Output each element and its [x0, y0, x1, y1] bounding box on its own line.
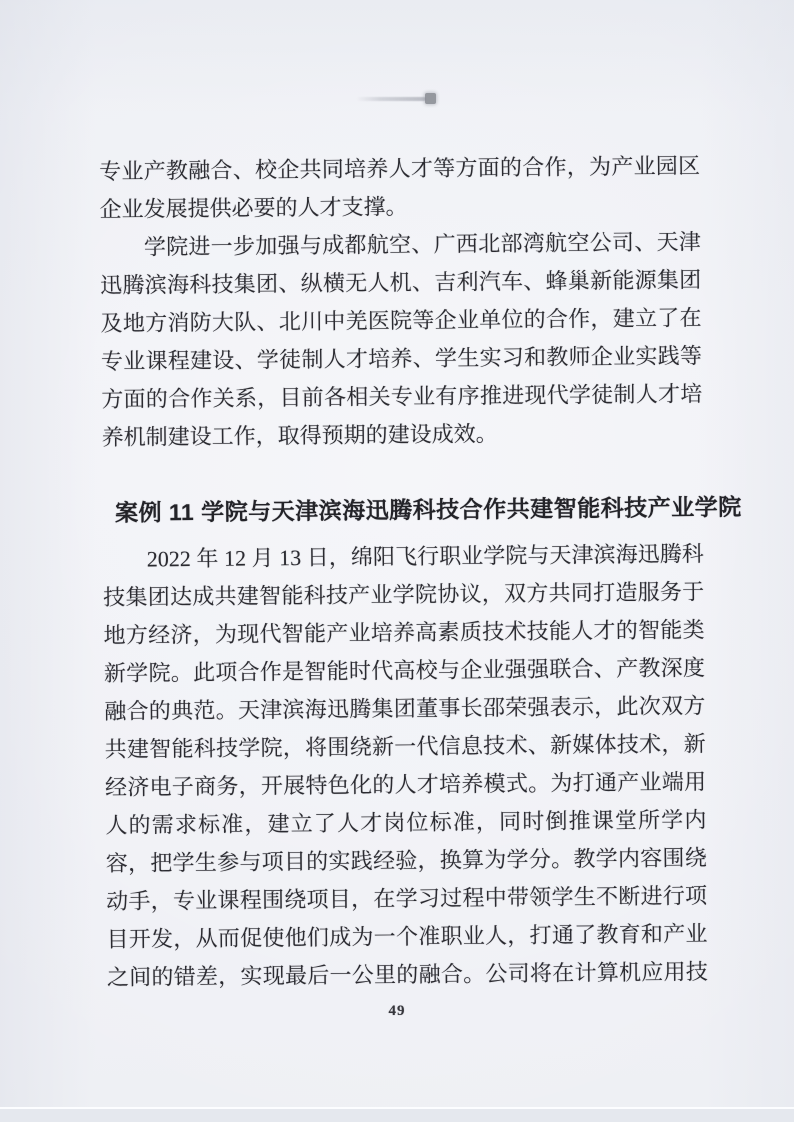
- text-line: 融合的典范。天津滨海迅腾集团董事长邵荣强表示，此次双方: [104, 687, 705, 731]
- text-line: 及地方消防大队、北川中羌医院等企业单位的合作，建立了在: [100, 299, 701, 343]
- text-line: 技集团达成共建智能科技产业学院协议，双方共同打造服务于: [103, 573, 704, 617]
- text-line: 2022 年 12 月 13 日，绵阳飞行职业学院与天津滨海迅腾科: [103, 535, 704, 579]
- text-line: 动手，专业课程围绕项目，在学习过程中带领学生不断进行项: [106, 877, 707, 921]
- text-line: 地方经济，为现代智能产业培养高素质技术技能人才的智能类: [103, 611, 704, 655]
- text-line: 共建智能科技学院，将围绕新一代信息技术、新媒体技术，新: [105, 725, 706, 769]
- smudge-streak: [356, 97, 426, 101]
- text-line: 专业产教融合、校企共同培养人才等方面的合作，为产业园区: [99, 147, 700, 191]
- paragraph: 2022 年 12 月 13 日，绵阳飞行职业学院与天津滨海迅腾科技集团达成共建…: [103, 535, 708, 997]
- text-line: 学院进一步加强与成都航空、广西北部湾航空公司、天津: [100, 223, 701, 267]
- section-heading: 案例 11 学院与天津滨海迅腾科技合作共建智能科技产业学院: [102, 487, 703, 533]
- text-line: 人的需求标准，建立了人才岗位标准，同时倒推课堂所学内: [105, 801, 706, 845]
- text-line: 迅腾滨海科技集团、纵横无人机、吉利汽车、蜂巢新能源集团: [100, 261, 701, 305]
- scan-smudge-mark: [356, 92, 438, 104]
- text-line: 养机制建设工作，取得预期的建设成效。: [102, 413, 703, 457]
- text-line: 专业课程建设、学徒制人才培养、学生实习和教师企业实践等: [101, 337, 702, 381]
- text-line: 新学院。此项合作是智能时代高校与企业强强联合、产教深度: [104, 649, 705, 693]
- scan-bottom-edge: [0, 1107, 794, 1122]
- text-line: 之间的错差，实现最后一公里的融合。公司将在计算机应用技: [107, 953, 708, 997]
- paragraph: 专业产教融合、校企共同培养人才等方面的合作，为产业园区企业发展提供必要的人才支撑…: [99, 147, 701, 229]
- page-number: 49: [0, 1003, 794, 1020]
- paragraph: 学院进一步加强与成都航空、广西北部湾航空公司、天津迅腾滨海科技集团、纵横无人机、…: [100, 223, 703, 457]
- scanned-document-page: 专业产教融合、校企共同培养人才等方面的合作，为产业园区企业发展提供必要的人才支撑…: [0, 0, 794, 1122]
- text-line: 方面的合作关系，目前各相关专业有序推进现代学徒制人才培: [101, 375, 702, 419]
- text-line: 容，把学生参与项目的实践经验，换算为学分。教学内容围绕: [106, 839, 707, 883]
- smudge-blob: [425, 93, 436, 104]
- document-text-body: 专业产教融合、校企共同培养人才等方面的合作，为产业园区企业发展提供必要的人才支撑…: [99, 147, 708, 997]
- text-line: 企业发展提供必要的人才支撑。: [99, 185, 700, 229]
- text-line: 目开发，从而促使他们成为一个准职业人，打通了教育和产业: [106, 915, 707, 959]
- text-line: 经济电子商务，开展特色化的人才培养模式。为打通产业端用: [105, 763, 706, 807]
